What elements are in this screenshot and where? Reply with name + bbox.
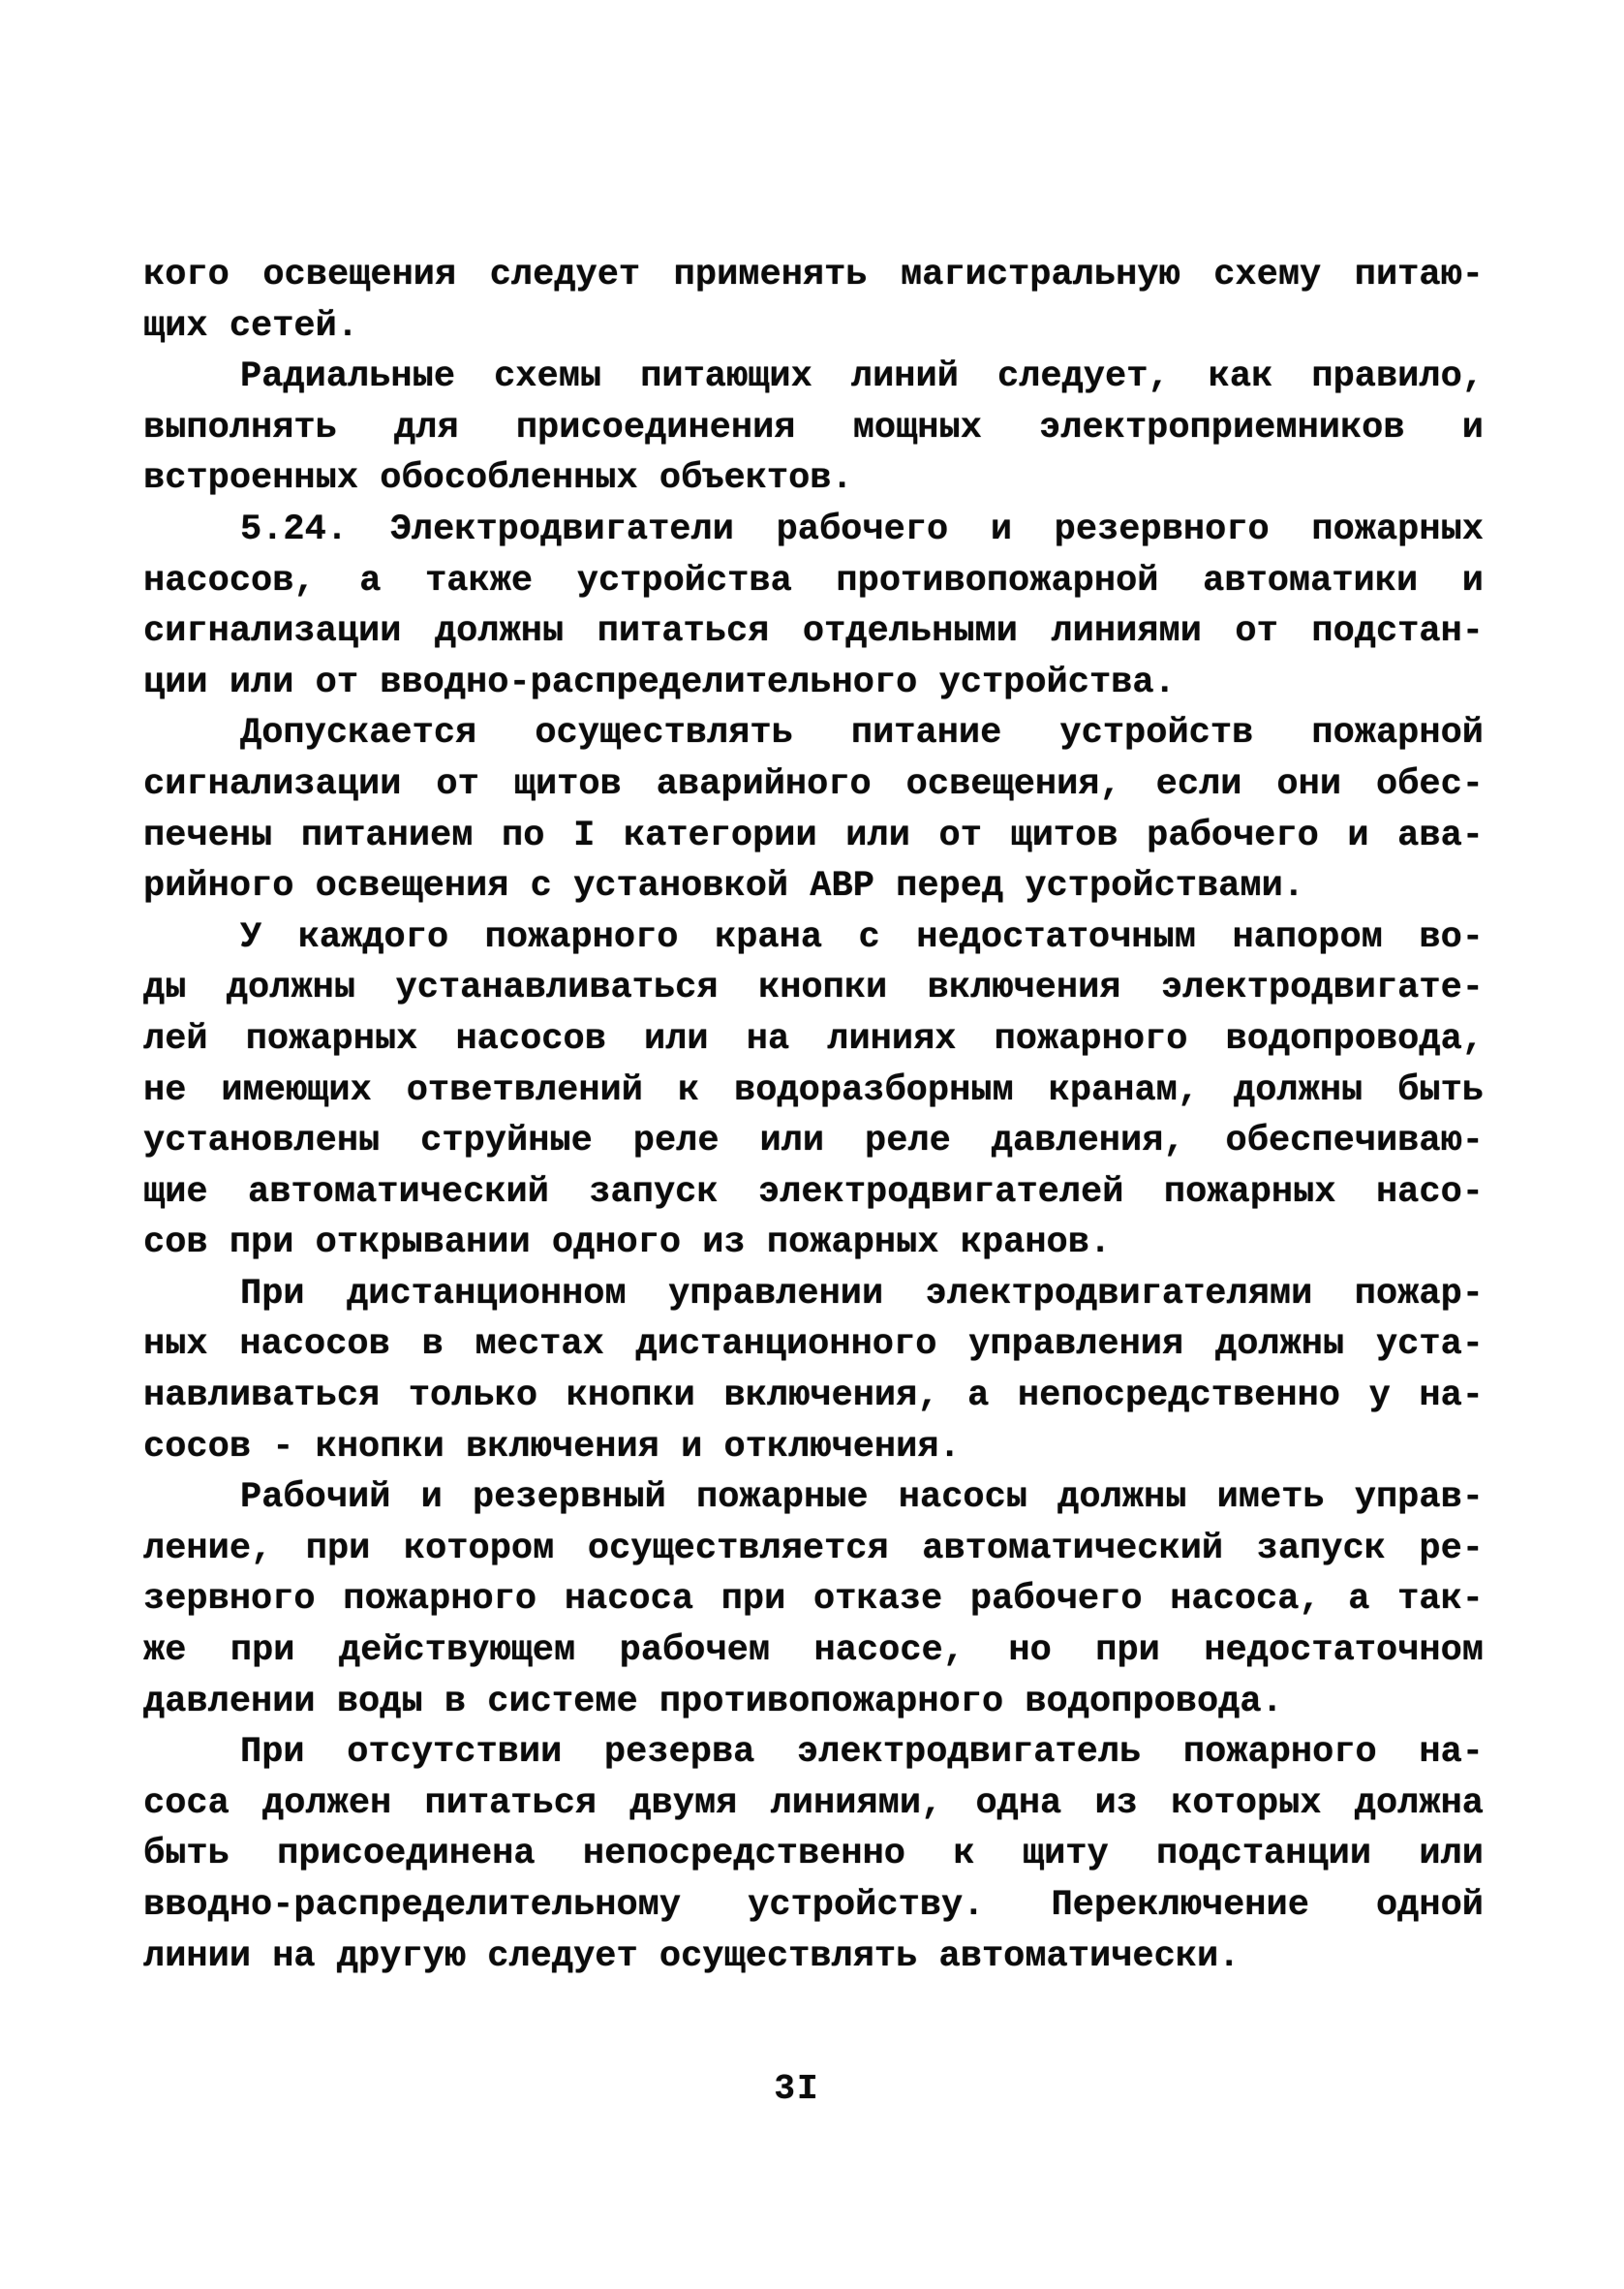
text-line: же при действующем рабочем насосе, но пр… xyxy=(143,1625,1484,1677)
text-line: сосов - кнопки включения и отключения. xyxy=(143,1422,1484,1473)
text-line: выполнять для присоединения мощных элект… xyxy=(143,403,1484,454)
text-line: щие автоматический запуск электродвигате… xyxy=(143,1167,1484,1219)
page-number: 3I xyxy=(143,2069,1451,2109)
text-line: давлении воды в системе противопожарного… xyxy=(143,1677,1484,1728)
text-line: установлены струйные реле или реле давле… xyxy=(143,1116,1484,1167)
text-line: ных насосов в местах дистанционного упра… xyxy=(143,1319,1484,1371)
text-line: При дистанционном управлении электродвиг… xyxy=(143,1269,1484,1320)
body-text: кого освещения следует применять магистр… xyxy=(143,250,1484,1982)
text-line: У каждого пожарного крана с недостаточны… xyxy=(143,913,1484,964)
paragraph: Радиальные схемы питающих линий следует,… xyxy=(143,352,1484,505)
text-line: вводно-распределительному устройству. Пе… xyxy=(143,1880,1484,1932)
paragraph: У каждого пожарного крана с недостаточны… xyxy=(143,913,1484,1269)
paragraph: 5.24. Электродвигатели рабочего и резерв… xyxy=(143,505,1484,708)
text-line: При отсутствии резерва электродвигатель … xyxy=(143,1727,1484,1779)
paragraph: Рабочий и резервный пожарные насосы долж… xyxy=(143,1472,1484,1727)
text-line: не имеющих ответвлений к водоразборным к… xyxy=(143,1066,1484,1117)
paragraph: При дистанционном управлении электродвиг… xyxy=(143,1269,1484,1472)
text-line: рийного освещения с установкой АВР перед… xyxy=(143,861,1484,913)
text-line: Радиальные схемы питающих линий следует,… xyxy=(143,352,1484,403)
paragraph: кого освещения следует применять магистр… xyxy=(143,250,1484,352)
text-line: сигнализации от щитов аварийного освещен… xyxy=(143,759,1484,811)
text-line: Допускается осуществлять питание устройс… xyxy=(143,708,1484,759)
document-page: кого освещения следует применять магистр… xyxy=(0,0,1624,2289)
text-line: сигнализации должны питаться отдельными … xyxy=(143,606,1484,658)
text-line: кого освещения следует применять магистр… xyxy=(143,250,1484,301)
paragraph: Допускается осуществлять питание устройс… xyxy=(143,708,1484,912)
text-line: 5.24. Электродвигатели рабочего и резерв… xyxy=(143,505,1484,556)
text-line: лей пожарных насосов или на линиях пожар… xyxy=(143,1014,1484,1066)
text-line: ды должны устанавливаться кнопки включен… xyxy=(143,963,1484,1014)
text-line: щих сетей. xyxy=(143,301,1484,353)
paragraph: При отсутствии резерва электродвигатель … xyxy=(143,1727,1484,1982)
text-line: быть присоединена непосредственно к щиту… xyxy=(143,1829,1484,1880)
text-line: Рабочий и резервный пожарные насосы долж… xyxy=(143,1472,1484,1524)
text-line: навливаться только кнопки включения, а н… xyxy=(143,1371,1484,1422)
text-line: ции или от вводно-распределительного уст… xyxy=(143,658,1484,709)
text-line: встроенных обособленных объектов. xyxy=(143,453,1484,505)
text-line: соса должен питаться двумя линиями, одна… xyxy=(143,1779,1484,1830)
text-line: сов при открывании одного из пожарных кр… xyxy=(143,1218,1484,1269)
text-line: насосов, а также устройства противопожар… xyxy=(143,556,1484,607)
text-line: печены питанием по I категории или от щи… xyxy=(143,811,1484,862)
text-line: линии на другую следует осуществлять авт… xyxy=(143,1932,1484,1983)
text-line: зервного пожарного насоса при отказе раб… xyxy=(143,1574,1484,1625)
text-line: ление, при котором осуществляется автома… xyxy=(143,1524,1484,1575)
